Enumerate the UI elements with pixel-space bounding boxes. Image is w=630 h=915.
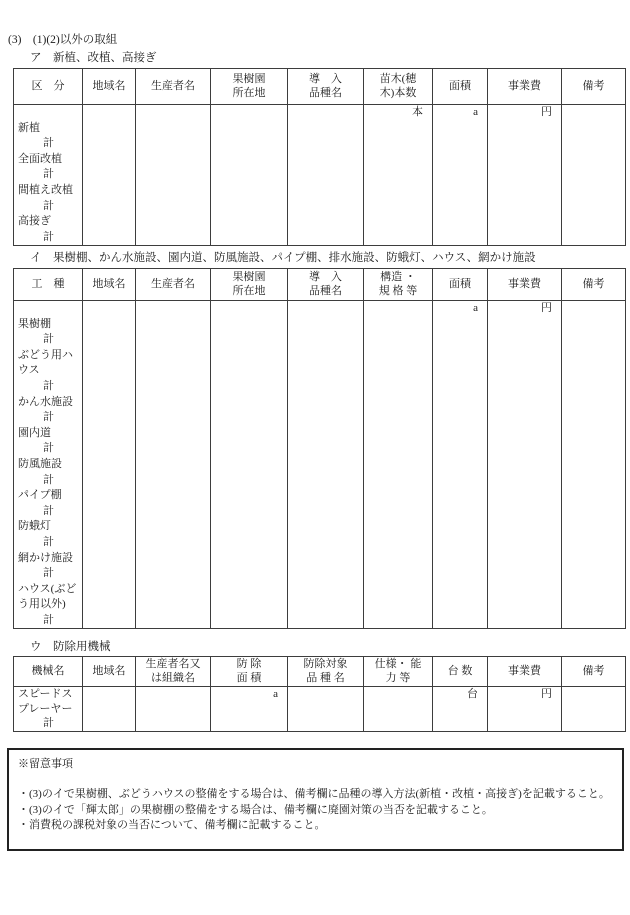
row-label: 間植え改植 bbox=[18, 183, 79, 199]
page-heading: (3) (1)(2)以外の取組 bbox=[8, 31, 117, 47]
empty-cell bbox=[211, 105, 288, 246]
table-machinery: 機械名 地域名 生産者名又 は組織名 防 除 面 積 防除対象 品 種 名 仕様… bbox=[13, 656, 626, 732]
col-header-region: 地域名 bbox=[83, 69, 136, 105]
section-b-title: イ 果樹棚、かん水施設、園内道、防風施設、パイプ棚、排水施設、防蛾灯、ハウス、網… bbox=[30, 249, 536, 265]
subtotal-label: 計 bbox=[18, 410, 79, 426]
table-b-body-row: 果樹棚 計 ぶどう用ハウス 計 かん水施設 計 園内道 計 防風施設 計 パイプ… bbox=[14, 301, 626, 629]
row-label: ハウス(ぶどう用以外) bbox=[18, 582, 79, 613]
col-header-remarks: 備考 bbox=[562, 69, 626, 105]
row-label: かん水施設 bbox=[18, 395, 79, 411]
row-label: 新植 bbox=[18, 121, 79, 137]
empty-cell bbox=[83, 105, 136, 246]
col-header-cost: 事業費 bbox=[488, 269, 562, 301]
col-header-orchard-location: 果樹園 所在地 bbox=[211, 269, 288, 301]
row-label: 園内道 bbox=[18, 426, 79, 442]
col-header-area: 面積 bbox=[433, 269, 488, 301]
unit-count-cell: 本 bbox=[364, 105, 433, 246]
empty-cell bbox=[288, 301, 364, 629]
subtotal-label: 計 bbox=[18, 566, 79, 582]
row-label: スピードスプレーヤー bbox=[18, 687, 79, 716]
row-label: 網かけ施設 bbox=[18, 551, 79, 567]
section-a-title: ア 新植、改植、高接ぎ bbox=[30, 49, 157, 65]
table-facilities: 工 種 地域名 生産者名 果樹園 所在地 導 入 品種名 構造 ・ 規 格 等 … bbox=[13, 268, 626, 629]
col-header-producer: 生産者名 bbox=[136, 269, 211, 301]
col-header-region: 地域名 bbox=[83, 269, 136, 301]
col-header-spec-capacity: 仕様・ 能 力 等 bbox=[364, 657, 433, 687]
unit-cost-cell: 円 bbox=[488, 687, 562, 732]
row-label: 高接ぎ bbox=[18, 214, 79, 230]
form-page: { "page": { "heading": "(3) (1)(2)以外の取組"… bbox=[0, 0, 630, 915]
note-item: ・(3)のイで「輝太郎」の果樹棚の整備をする場合は、備考欄に廃園対策の当否を記載… bbox=[18, 803, 613, 819]
col-header-kubun: 区 分 bbox=[14, 69, 83, 105]
col-header-control-area: 防 除 面 積 bbox=[211, 657, 288, 687]
subtotal-label: 計 bbox=[18, 716, 79, 731]
row-label-cell: 新植 計 全面改植 計 間植え改植 計 高接ぎ 計 bbox=[14, 105, 83, 246]
col-header-variety: 導 入 品種名 bbox=[288, 69, 364, 105]
unit-area-cell: a bbox=[211, 687, 288, 732]
empty-cell bbox=[83, 687, 136, 732]
unit-cost-cell: 円 bbox=[488, 105, 562, 246]
subtotal-label: 計 bbox=[18, 441, 79, 457]
subtotal-label: 計 bbox=[18, 230, 79, 246]
table-c-header-row: 機械名 地域名 生産者名又 は組織名 防 除 面 積 防除対象 品 種 名 仕様… bbox=[14, 657, 626, 687]
col-header-producer: 生産者名 bbox=[136, 69, 211, 105]
empty-cell bbox=[136, 301, 211, 629]
row-label-cell: スピードスプレーヤー 計 bbox=[14, 687, 83, 732]
notes-box: ※留意事項 ・(3)のイで果樹棚、ぶどうハウスの整備をする場合は、備考欄に品種の… bbox=[7, 748, 624, 851]
row-label: 防風施設 bbox=[18, 457, 79, 473]
note-item: ・消費税の課税対象の当否について、備考欄に記載すること。 bbox=[18, 818, 613, 834]
subtotal-label: 計 bbox=[18, 379, 79, 395]
table-a-body-row: 新植 計 全面改植 計 間植え改植 計 高接ぎ 計 本 a 円 bbox=[14, 105, 626, 246]
col-header-cost: 事業費 bbox=[488, 657, 562, 687]
col-header-cost: 事業費 bbox=[488, 69, 562, 105]
notes-title: ※留意事項 bbox=[18, 757, 613, 772]
table-c-body-row: スピードスプレーヤー 計 a 台 円 bbox=[14, 687, 626, 732]
notes-list: ・(3)のイで果樹棚、ぶどうハウスの整備をする場合は、備考欄に品種の導入方法(新… bbox=[18, 787, 613, 834]
unit-area-cell: a bbox=[433, 105, 488, 246]
unit-area-cell: a bbox=[433, 301, 488, 629]
subtotal-label: 計 bbox=[18, 504, 79, 520]
col-header-unit-count: 台 数 bbox=[433, 657, 488, 687]
col-header-remarks: 備考 bbox=[562, 657, 626, 687]
row-label: ぶどう用ハウス bbox=[18, 348, 79, 379]
col-header-seedling-count: 苗木(穂 木)本数 bbox=[364, 69, 433, 105]
subtotal-label: 計 bbox=[18, 136, 79, 152]
col-header-structure-spec: 構造 ・ 規 格 等 bbox=[364, 269, 433, 301]
table-planting: 区 分 地域名 生産者名 果樹園 所在地 導 入 品種名 苗木(穂 木)本数 面… bbox=[13, 68, 626, 246]
unit-cost-cell: 円 bbox=[488, 301, 562, 629]
col-header-producer-org: 生産者名又 は組織名 bbox=[136, 657, 211, 687]
row-label-cell: 果樹棚 計 ぶどう用ハウス 計 かん水施設 計 園内道 計 防風施設 計 パイプ… bbox=[14, 301, 83, 629]
col-header-worktype: 工 種 bbox=[14, 269, 83, 301]
col-header-target-variety: 防除対象 品 種 名 bbox=[288, 657, 364, 687]
empty-cell bbox=[562, 687, 626, 732]
col-header-orchard-location: 果樹園 所在地 bbox=[211, 69, 288, 105]
row-label: 全面改植 bbox=[18, 152, 79, 168]
col-header-region: 地域名 bbox=[83, 657, 136, 687]
table-a-header-row: 区 分 地域名 生産者名 果樹園 所在地 導 入 品種名 苗木(穂 木)本数 面… bbox=[14, 69, 626, 105]
row-label: パイプ棚 bbox=[18, 488, 79, 504]
col-header-remarks: 備考 bbox=[562, 269, 626, 301]
subtotal-label: 計 bbox=[18, 473, 79, 489]
empty-cell bbox=[211, 301, 288, 629]
empty-cell bbox=[364, 687, 433, 732]
section-c-title: ウ 防除用機械 bbox=[30, 638, 111, 654]
empty-cell bbox=[136, 105, 211, 246]
row-label: 果樹棚 bbox=[18, 317, 79, 333]
empty-cell bbox=[562, 301, 626, 629]
table-b-header-row: 工 種 地域名 生産者名 果樹園 所在地 導 入 品種名 構造 ・ 規 格 等 … bbox=[14, 269, 626, 301]
subtotal-label: 計 bbox=[18, 167, 79, 183]
subtotal-label: 計 bbox=[18, 332, 79, 348]
unit-count-cell: 台 bbox=[433, 687, 488, 732]
empty-cell bbox=[83, 301, 136, 629]
col-header-area: 面積 bbox=[433, 69, 488, 105]
empty-cell bbox=[562, 105, 626, 246]
empty-cell bbox=[136, 687, 211, 732]
empty-cell bbox=[364, 301, 433, 629]
col-header-variety: 導 入 品種名 bbox=[288, 269, 364, 301]
col-header-machine: 機械名 bbox=[14, 657, 83, 687]
subtotal-label: 計 bbox=[18, 535, 79, 551]
empty-cell bbox=[288, 687, 364, 732]
subtotal-label: 計 bbox=[18, 613, 79, 629]
note-item: ・(3)のイで果樹棚、ぶどうハウスの整備をする場合は、備考欄に品種の導入方法(新… bbox=[18, 787, 613, 803]
empty-cell bbox=[288, 105, 364, 246]
row-label: 防蛾灯 bbox=[18, 519, 79, 535]
subtotal-label: 計 bbox=[18, 199, 79, 215]
